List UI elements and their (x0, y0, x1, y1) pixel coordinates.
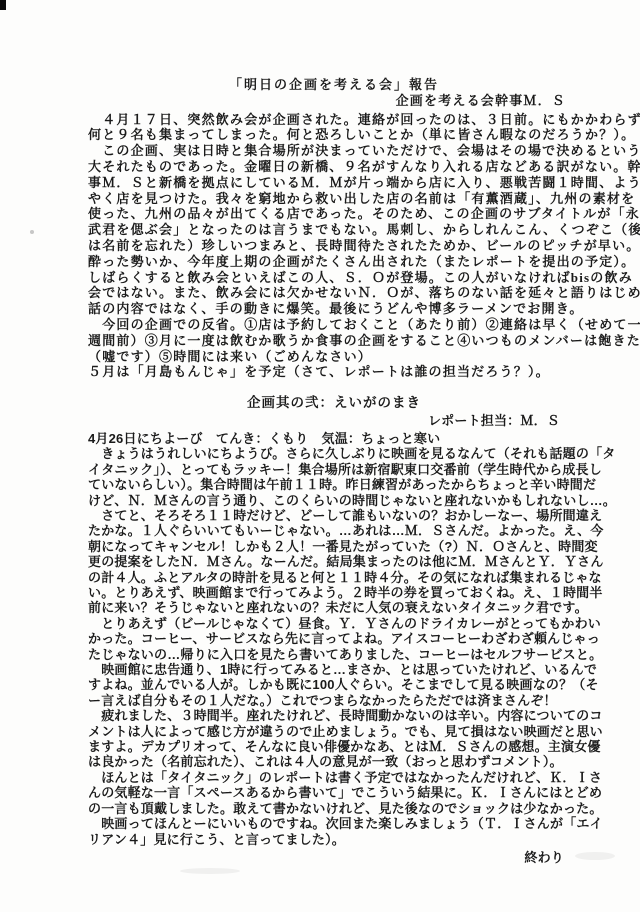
body-line: 酔った勢いか、今年度上期の企画がたくさん出された（またレポートを提出の予定）。 (88, 254, 580, 270)
document-page: 「明日の企画を考える会」報告 企画を考える会幹事Ｍ．Ｓ ４月１７日、突然飲み会が… (88, 77, 580, 865)
body-line: ４月１７日、突然飲み会が企画された。連絡が回ったのは、３日前。にもかかわらず (88, 112, 580, 128)
body-line: んの気軽な一言「スペースあるから書いて」でこういう結果に。Ｋ．Ｉさんにはとどめ (88, 785, 580, 800)
body-line: 映画館に忠告通り、1時に行ってみると…まさか、とは思っていたけれど、いるんで (88, 662, 580, 677)
body-line: しばらくすると飲み会といえばこの人、Ｓ．Ｏが登場。この人がいなければbisの飲み (88, 270, 580, 286)
body-line: 朝になってキャンセル！しかも２人！一番見たがっていた（?）Ｎ．Ｏさんと、時間変 (88, 539, 580, 554)
body-line: とりあえず（ビールじゃなくて）昼食。Ｙ．Ｙさんのドライカレーがとってもかわい (88, 616, 580, 631)
body-line: い。とりあえず、映画館まで行ってみよう。２時半の券を買っておくね。え、１時間半 (88, 585, 580, 600)
body-line: 事Ｍ．Ｓと新橋を拠点にしているＭ．Ｍが片っ端から店に入り、悪戦苦闘１時間、よう (88, 175, 580, 191)
drinking-report-section: 「明日の企画を考える会」報告 企画を考える会幹事Ｍ．Ｓ ４月１７日、突然飲み会が… (88, 77, 580, 380)
body-line: 大それたものであった。金曜日の新橋、９名がすんなり入れる店などある訳がない。幹 (88, 159, 580, 175)
report-byline: 企画を考える会幹事Ｍ．Ｓ (88, 93, 580, 109)
scan-noise (180, 868, 240, 874)
body-line: ー言えば自分もその１人だな。）これでつまらなかったらただでは済まさんぞ！ (88, 693, 580, 708)
body-line: （嘘です）⑤時間には来い（ごめんなさい） (88, 349, 580, 365)
body-line: すよね。並んでいる人が。しかも既に100人ぐらい。そこまでして見る映画なの？（そ (88, 677, 580, 692)
body-line: 会ではない。また、飲み会には欠かせないＮ．Ｏが、落ちのない話を延々と語りはじめ、 (88, 285, 580, 301)
body-line: きょうはうれしいにちようび。さらに久しぶりに映画を見るなんて（それも話題の「タ (88, 446, 580, 461)
body-line: 疲れました、３時間半。座れたけれど、長時間動かないのは辛い。内容についてのコ (88, 708, 580, 723)
body-line: は名前を忘れた）珍しいつまみと、長時間待たされたためか、ビールのピッチが早い。 (88, 238, 580, 254)
body-line: 話の内容ではなく、手の動きに爆笑。最後にうどんや博多ラーメンでお開き。 (88, 301, 580, 317)
scan-noise (30, 230, 34, 234)
body-line: やく店を見つけた。我々を窮地から救い出した店の名前は「有薫酒蔵」、九州の素材を (88, 191, 580, 207)
body-line: は良かった（名前忘れた）、これは４人の意見が一致（おっと思わずコメント）。 (88, 754, 580, 769)
section-body: きょうはうれしいにちようび。さらに久しぶりに映画を見るなんて（それも話題の「タイ… (88, 446, 580, 847)
body-line: の計４人。ふとアルタの時計を見ると何と１１時４分。その気になれば集まれるじゃな (88, 570, 580, 585)
report-body: ４月１７日、突然飲み会が企画された。連絡が回ったのは、３日前。にもかかわらず何と… (88, 112, 580, 381)
body-line: ５月は「月島もんじゃ」を予定（さて、レポートは誰の担当だろう？）。 (88, 364, 580, 380)
body-line: 使った、九州の品々が出てくる店であった。そのため、この企画のサブタイトルが「永 (88, 206, 580, 222)
scan-corner-artifact (0, 0, 6, 10)
body-line: イタニック」）、とってもラッキー！集合場所は新宿駅東口交番前（学生時代から成長し (88, 462, 580, 477)
section-byline: レポート担当：Ｍ．Ｓ (88, 413, 580, 428)
body-line: 更の提案をしたＮ．Ｍさん。なーんだ。結局集まったのは他にＭ．ＭさんとＹ．Ｙさん (88, 554, 580, 569)
body-line: ほんとは「タイタニック」のレポートは書く予定ではなかったんだけれど、Ｋ．Ｉさ (88, 770, 580, 785)
report-title: 「明日の企画を考える会」報告 (88, 77, 580, 93)
body-line: ていないらしい）。集合時間は午前１１時。昨日練習があったからちょっと辛い時間だ (88, 477, 580, 492)
body-line: リアン４」見に行こう、と言ってました）。 (88, 832, 580, 847)
body-line: メントは人によって感じ方が違うので止めましょう。でも、見て損はない映画だと思い (88, 724, 580, 739)
body-line: 映画ってほんとーにいいものですね。次回また楽しみましょう（Ｔ．Ｉさんが「エイ (88, 816, 580, 831)
body-line: 何と９名も集まってしまった。何と恐ろしいことか（単に皆さん暇なのだろうか？）。 (88, 127, 580, 143)
body-line: さてと、そろそろ１１時だけど、どーして誰もいないの？おかしーなー、場所間違え (88, 508, 580, 523)
body-line: 今回の企画での反省。①店は予約しておくこと（あたり前）②連絡は早く（せめて一 (88, 317, 580, 333)
body-line: 武君を偲ぶ会」となったのは言うまでもない。馬刺し、からしれんこん、くつぞこ（後 (88, 222, 580, 238)
body-line: この企画、実は日時と集合場所が決まっていただけで、会場はその場で決めるという (88, 143, 580, 159)
body-line: ますよ。デカプリオって、そんなに良い俳優かなあ、とはＭ．Ｓさんの感想。主演女優 (88, 739, 580, 754)
body-line: たかな。１人ぐらいいてもいーじゃない。…あれは…Ｍ．Ｓさんだ。よかった。え、今 (88, 523, 580, 538)
closing-mark: 終わり (88, 850, 580, 865)
body-line: たじゃないの…帰りに入口を見たら書いてありました、コーヒーはセルフサービスと。 (88, 647, 580, 662)
body-line: 週間前）③月に一度は飲むか歌うか食事の企画をすること④いつものメンバーは飽きた (88, 333, 580, 349)
body-line: の一言も頂戴しました。敢えて書かないけれど、見た後なのでショックは少なかった。 (88, 801, 580, 816)
date-line: 4月26日にちよーび てんき：くもり 気温：ちょっと寒い (88, 431, 580, 446)
scanned-page: { "page": { "background": "#fdfdfc", "in… (0, 0, 640, 912)
body-line: かった。コーヒー、サービスなら先に言ってよね。アイスコーヒーわざわざ頼んじゃっ (88, 631, 580, 646)
body-line: 前に来い？そうじゃないと座れないの？未だに人気の衰えないタイタニック君です。 (88, 600, 580, 615)
scan-noise (575, 852, 615, 860)
section-heading: 企画其の弐：えいがのまき (88, 395, 580, 410)
body-line: けど、Ｎ．Ｍさんの言う通り、このくらいの時間じゃないと座れないかもしれないし…。 (88, 493, 580, 508)
movie-report-section: 企画其の弐：えいがのまき レポート担当：Ｍ．Ｓ 4月26日にちよーび てんき：く… (88, 395, 580, 865)
